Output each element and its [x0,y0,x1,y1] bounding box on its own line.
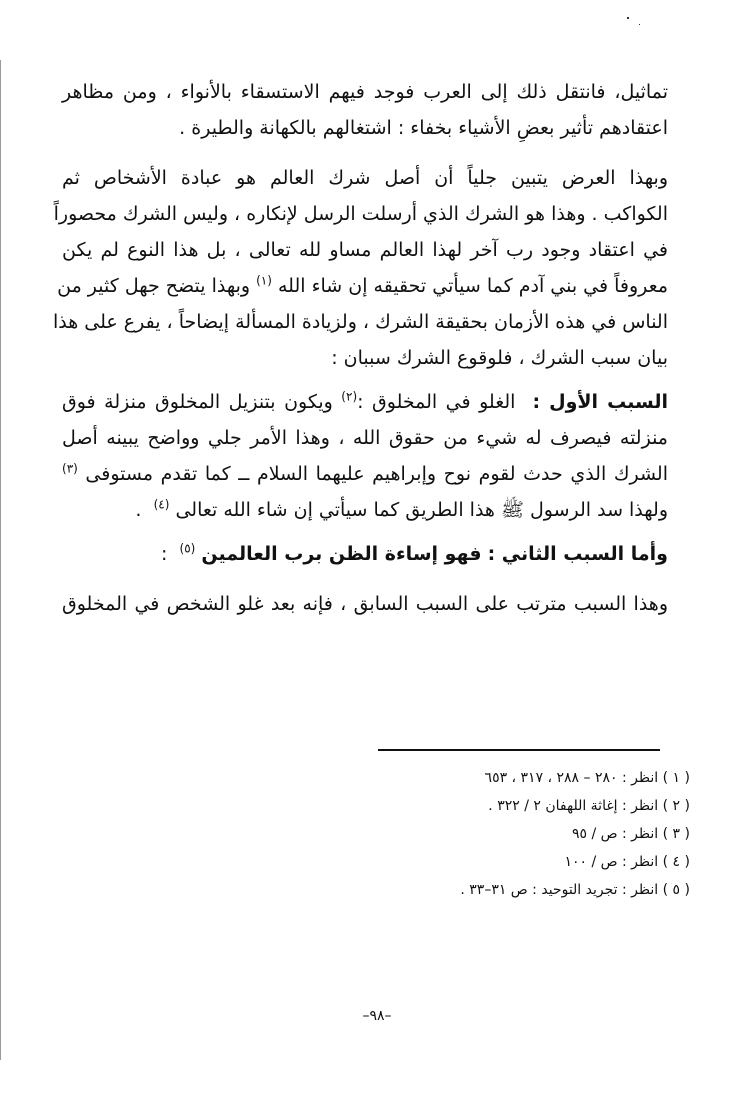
text-line: وبهذا العرض يتبين جلياً أن أصل شرك العال… [62,160,668,196]
text-line: ولهذا سد الرسول ﷺ هذا الطريق كما سيأتي إ… [62,492,668,528]
footnote-ref-2[interactable]: (٢) [341,390,357,404]
text-run: الغلو في المخلوق : [357,391,515,413]
footnote-number: ( ٣ ) [663,826,690,842]
scan-speck [639,24,640,25]
text-line: الكواكب . وهذا هو الشرك الذي أرسلت الرسل… [62,196,668,232]
text-line: السبب الأول : الغلو في المخلوق :(٢) ويكو… [62,384,668,420]
footnote-number: ( ٤ ) [663,854,690,870]
paragraph-second-cause: وأما السبب الثاني : فهو إساءة الظن برب ا… [62,536,668,572]
paragraph-5: وهذا السبب مترتب على السبب السابق ، فإنه… [62,586,668,622]
text-run: فهو إساءة الظن برب العالمين [201,543,481,565]
footnote-ref-5[interactable]: (٥) [180,542,196,556]
page-number: –٩٨– [352,1008,402,1024]
footnote-1: ( ١ ) انظر : ٢٨٠ – ٢٨٨ ، ٣١٧ ، ٦٥٣ [290,764,690,792]
footnote-text: انظر : ٢٨٠ – ٢٨٨ ، ٣١٧ ، ٦٥٣ [485,770,659,786]
footnote-ref-1[interactable]: (١) [256,274,272,288]
footnote-separator [378,749,660,751]
text-line: منزلته فيصرف له شيء من حقوق الله ، وهذا … [62,420,668,456]
text-run: ولهذا سد الرسول ﷺ هذا الطريق كما سيأتي إ… [175,499,668,521]
text-line: في اعتقاد وجود رب آخر لهذا العالم مساو ل… [62,232,668,268]
paragraph-2: وبهذا العرض يتبين جلياً أن أصل شرك العال… [62,160,668,376]
footnote-text: انظر : ص / ٩٥ [572,826,658,842]
page-body: تماثيل، فانتقل ذلك إلى العرب فوجد فيهم ا… [62,74,668,636]
footnote-text: انظر : ص / ١٠٠ [564,854,658,870]
text-run: الشرك الذي حدث لقوم نوح وإبراهيم عليهما … [85,463,668,485]
section-heading-first-cause: السبب الأول : [532,391,668,413]
text-run: معروفاً في بني آدم كما سيأتي تحقيقه إن ش… [278,275,668,297]
scan-page-edge [0,60,1,1060]
footnote-text: انظر : إغاثة اللهفان ٢ / ٣٢٢ . [488,798,658,814]
text-line: تماثيل، فانتقل ذلك إلى العرب فوجد فيهم ا… [62,74,668,110]
footnote-number: ( ١ ) [663,770,690,786]
text-run: وبهذا يتضح جهل كثير من [57,275,250,297]
footnote-ref-3[interactable]: (٣) [62,462,78,476]
footnote-4: ( ٤ ) انظر : ص / ١٠٠ [290,848,690,876]
footnote-3: ( ٣ ) انظر : ص / ٩٥ [290,820,690,848]
text-line: الشرك الذي حدث لقوم نوح وإبراهيم عليهما … [62,456,668,492]
text-run: ويكون بتنزيل المخلوق منزلة فوق [62,391,333,413]
footnote-2: ( ٢ ) انظر : إغاثة اللهفان ٢ / ٣٢٢ . [290,792,690,820]
text-line: الناس في هذه الأزمان بحقيقة الشرك ، ولزي… [62,304,668,340]
paragraph-first-cause: السبب الأول : الغلو في المخلوق :(٢) ويكو… [62,384,668,528]
footnote-text: انظر : تجريد التوحيد : ص ٣١–٣٣ . [460,882,658,898]
text-line: اعتقادهم تأثير بعضِ الأشياء بخفاء : اشتغ… [62,110,668,146]
text-line: معروفاً في بني آدم كما سيأتي تحقيقه إن ش… [62,268,668,304]
footnote-5: ( ٥ ) انظر : تجريد التوحيد : ص ٣١–٣٣ . [290,876,690,904]
footnote-number: ( ٥ ) [663,882,690,898]
footnote-ref-4[interactable]: (٤) [154,498,170,512]
section-heading-second-cause: وأما السبب الثاني : [488,543,668,565]
footnotes: ( ١ ) انظر : ٢٨٠ – ٢٨٨ ، ٣١٧ ، ٦٥٣ ( ٢ )… [290,764,690,904]
paragraph-1: تماثيل، فانتقل ذلك إلى العرب فوجد فيهم ا… [62,74,668,146]
scan-speck [627,17,629,19]
footnote-number: ( ٢ ) [663,798,690,814]
text-line: بيان سبب الشرك ، فلوقوع الشرك سببان : [62,340,668,376]
text-run: : [161,543,167,565]
text-line: وهذا السبب مترتب على السبب السابق ، فإنه… [62,586,668,622]
text-line: وأما السبب الثاني : فهو إساءة الظن برب ا… [62,536,668,572]
text-run: . [135,499,141,521]
